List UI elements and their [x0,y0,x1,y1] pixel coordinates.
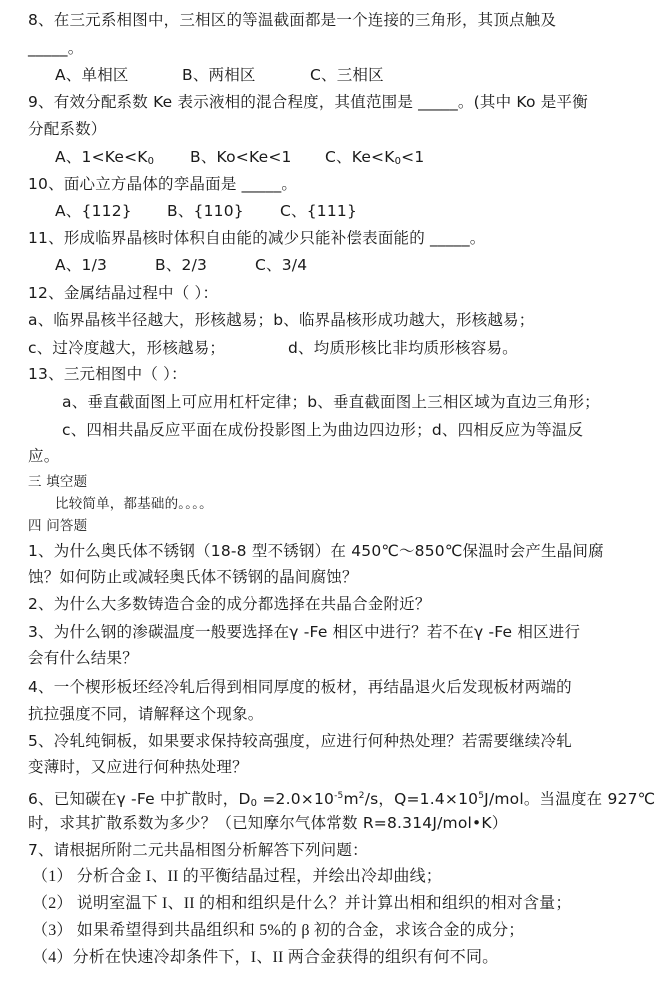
question-9-option-a: A、1<Ke<K0 [55,147,154,172]
essay-question-7-sub-3: （3） 如果希望得到共晶组织和 5%的 β 初的合金，求该合金的成分； [32,921,524,941]
question-10-option-a: A、{112} [55,201,132,221]
essay-question-7-sub-1: （1） 分析合金 I、II 的平衡结晶过程，并绘出冷却曲线； [32,867,442,887]
essay-question-1-cont: 蚀？如何防止或减轻奥氏体不锈钢的晶间腐蚀？ [28,567,358,587]
question-10-text: 10、面心立方晶体的孪晶面是 _____。 [28,174,297,194]
q6-text-part2: =2.0×10 [257,790,334,808]
essay-question-3-cont: 会有什么结果？ [28,648,138,668]
option-c-tail: <1 [401,148,424,166]
question-13-statement-tail: 应。 [28,446,59,466]
question-11-option-c: C、3/4 [255,255,307,275]
q6-text-part5: J/mol。当温度在 927℃ [484,790,655,808]
question-12-statement-d: d、均质形核比非均质形核容易。 [288,338,518,358]
essay-question-7-sub-4: （4）分析在快速冷却条件下，I、II 两合金获得的组织有何不同。 [32,948,498,968]
q6-text-part1: 6、已知碳在γ -Fe 中扩散时，D [28,790,251,808]
essay-question-4: 4、一个楔形板坯经冷轧后得到相同厚度的板材，再结晶退火后发现板材两端的 [28,677,572,697]
essay-question-6-cont: 时，求其扩散系数为多少？（已知摩尔气体常数 R=8.314J/mol•K） [28,813,507,833]
question-9-option-b: B、Ko<Ke<1 [190,147,292,167]
question-10-option-b: B、{110} [167,201,244,221]
essay-question-6: 6、已知碳在γ -Fe 中扩散时，D0 =2.0×10-5m2/s，Q=1.4×… [28,786,655,814]
question-8-option-c: C、三相区 [310,65,384,85]
document-page: 8、在三元系相图中，三相区的等温截面都是一个连接的三角形，其顶点触及 _____… [0,0,655,989]
question-13-text: 13、三元相图中（ ）： [28,364,187,384]
essay-question-7-sub-2: （2） 说明室温下 I、II 的相和组织是什么？并计算出相和组织的相对含量； [32,894,572,914]
question-12-text: 12、金属结晶过程中（ ）： [28,283,218,303]
essay-question-7: 7、请根据所附二元共晶相图分析解答下列问题： [28,840,368,860]
question-12-statement-c: c、过冷度越大，形核越易； [28,338,225,358]
question-9-text-cont: 分配系数） [28,119,107,139]
question-8-text: 8、在三元系相图中，三相区的等温截面都是一个连接的三角形，其顶点触及 [28,10,556,30]
option-c-text: C、Ke<K [325,148,395,166]
section-3-heading: 三 填空题 [28,472,87,492]
subscript-zero: 0 [148,156,155,167]
essay-question-5: 5、冷轧纯铜板，如果要求保持较高强度，应进行何种热处理？若需要继续冷轧 [28,731,572,751]
question-10-option-c: C、{111} [280,201,357,221]
section-3-note: 比较简单，都基础的。。。。 [55,494,213,514]
section-4-heading: 四 问答题 [28,516,87,536]
option-a-text: A、1<Ke<K [55,148,148,166]
question-8-blank: _____。 [28,38,83,58]
question-11-option-b: B、2/3 [155,255,207,275]
question-13-statement-ab: a、垂直截面图上可应用杠杆定律；b、垂直截面图上三相区域为直边三角形； [62,392,600,412]
question-11-text: 11、形成临界晶核时体积自由能的减少只能补偿表面能的 _____。 [28,228,486,248]
question-9-text: 9、有效分配系数 Ke 表示液相的混合程度，其值范围是 _____。(其中 Ko… [28,92,588,112]
essay-question-1: 1、为什么奥氏体不锈钢（18-8 型不锈钢）在 450℃～850℃保温时会产生晶… [28,541,604,561]
question-13-statement-cd: c、四相共晶反应平面在成份投影图上为曲边四边形；d、四相反应为等温反 [62,420,583,440]
essay-question-2: 2、为什么大多数铸造合金的成分都选择在共晶合金附近？ [28,594,431,614]
question-11-option-a: A、1/3 [55,255,107,275]
q6-text-part3: m [343,790,358,808]
essay-question-3: 3、为什么钢的渗碳温度一般要选择在γ -Fe 相区中进行？若不在γ -Fe 相区… [28,622,580,642]
essay-question-4-cont: 抗拉强度不同，请解释这个现象。 [28,704,264,724]
essay-question-5-cont: 变薄时，又应进行何种热处理？ [28,757,248,777]
question-9-option-c: C、Ke<K0<1 [325,147,424,172]
q6-text-part4: /s，Q=1.4×10 [365,790,479,808]
question-8-option-a: A、单相区 [55,65,129,85]
question-8-option-b: B、两相区 [182,65,256,85]
question-12-statement-ab: a、临界晶核半径越大，形核越易；b、临界晶核形成功越大，形核越易； [28,310,534,330]
